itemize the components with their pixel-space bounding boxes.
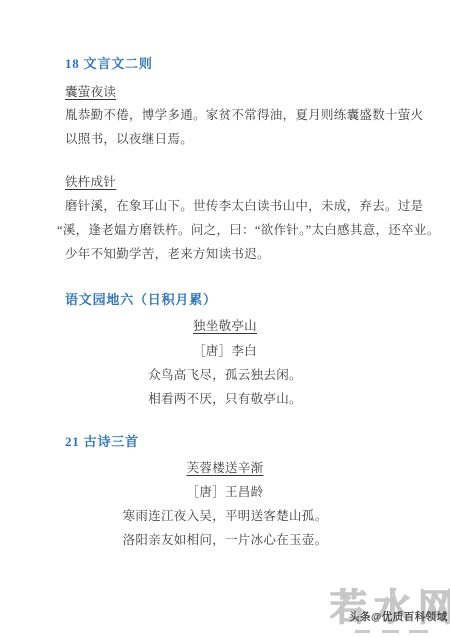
passage-title-tiechu: 铁杵成针 — [65, 174, 116, 190]
passage-nangying-line-2: 以照书，以夜继日焉。 — [65, 131, 193, 147]
garden6-heading: 语文园地六（日积月累） — [65, 291, 217, 308]
lesson21-heading: 21 古诗三首 — [65, 433, 139, 450]
poem2-title: 芙蓉楼送辛渐 — [0, 460, 450, 476]
passage-tiechu-line-1: 磨针溪，在象耳山下。世传李太白读书山中，未成，弃去。过是 — [65, 198, 423, 214]
watermark-subtext-mark — [382, 630, 399, 633]
poem1-line-2: 相看两不厌，只有敬亭山。 — [0, 391, 450, 407]
watermark-badge-text: 头条@优质百科领域 — [349, 611, 448, 624]
poem2-line-1: 寒雨连江夜入吴，平明送客楚山孤。 — [0, 508, 450, 524]
passage-tiechu-line-2: “溪，逢老媪方磨铁杵。问之，曰：“欲作针。”太白感其意，还卒业。 — [57, 222, 440, 238]
poem1-author: ［唐］李白 — [0, 343, 450, 359]
document-page: 18 文言文二则 囊萤夜读 胤恭勤不倦，博学多通。家贫不常得油，夏月则练囊盛数十… — [0, 0, 450, 637]
poem1-title: 独坐敬亭山 — [0, 318, 450, 334]
passage-tiechu-line-3: 少年不知勤学苦，老来方知读书迟。 — [65, 246, 270, 262]
passage-nangying-line-1: 胤恭勤不倦，博学多通。家贫不常得油，夏月则练囊盛数十萤火 — [65, 107, 423, 123]
poem2-author: ［唐］王昌龄 — [0, 484, 450, 500]
poem2-line-2: 洛阳亲友如相问，一片冰心在玉壶。 — [0, 532, 450, 548]
lesson18-heading: 18 文言文二则 — [65, 55, 153, 72]
passage-title-nangying: 囊萤夜读 — [65, 84, 116, 100]
watermark-subtext-mark — [409, 630, 428, 633]
poem1-line-1: 众鸟高飞尽，孤云独去闲。 — [0, 367, 450, 383]
watermark-subtext-mark — [355, 630, 370, 633]
